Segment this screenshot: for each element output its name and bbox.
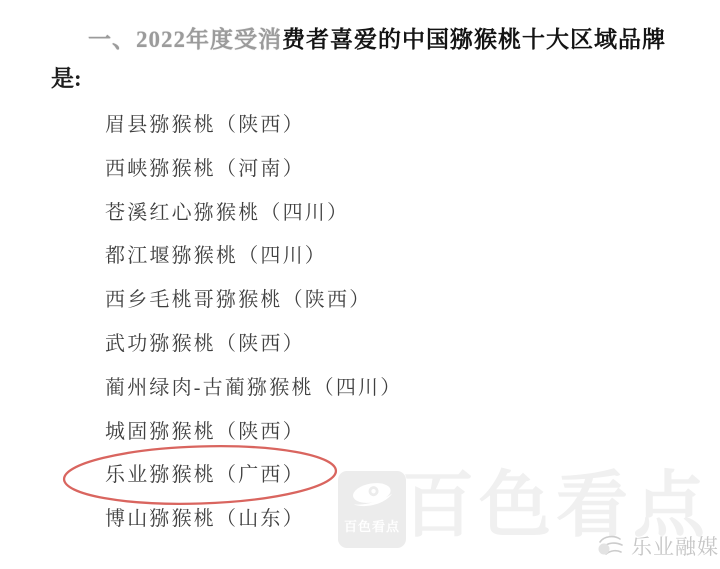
page-title-second-line: 是: — [51, 65, 82, 93]
list-item: 博山猕猴桃（山东） — [105, 506, 402, 550]
list-item-highlighted: 乐业猕猴桃（广西） — [105, 462, 402, 506]
bird-icon — [596, 532, 628, 560]
document-page: 百色看点 百色看点 一、2022年度受消费者喜爱的中国猕猴桃十大区域品牌 是: … — [0, 0, 720, 569]
list-item: 都江堰猕猴桃（四川） — [105, 243, 402, 287]
page-title-faded-part: 一、2022年度受消 — [88, 27, 282, 52]
brand-list: 眉县猕猴桃（陕西） 西峡猕猴桃（河南） 苍溪红心猕猴桃（四川） 都江堰猕猴桃（四… — [105, 112, 402, 550]
list-item: 西乡毛桃哥猕猴桃（陕西） — [105, 287, 402, 331]
list-item: 西峡猕猴桃（河南） — [105, 156, 402, 200]
list-item: 城固猕猴桃（陕西） — [105, 419, 402, 463]
list-item: 苍溪红心猕猴桃（四川） — [105, 200, 402, 244]
list-item: 武功猕猴桃（陕西） — [105, 331, 402, 375]
list-item: 蔺州绿肉-古蔺猕猴桃（四川） — [105, 375, 402, 419]
leye-rongmei-watermark: 乐业融媒 — [596, 531, 719, 561]
page-title-bold-part: 费者喜爱的中国猕猴桃十大区域品牌 — [282, 27, 666, 52]
page-title: 一、2022年度受消费者喜爱的中国猕猴桃十大区域品牌 — [88, 26, 666, 54]
footer-watermark-label: 乐业融媒 — [631, 531, 719, 561]
list-item: 眉县猕猴桃（陕西） — [105, 112, 402, 156]
